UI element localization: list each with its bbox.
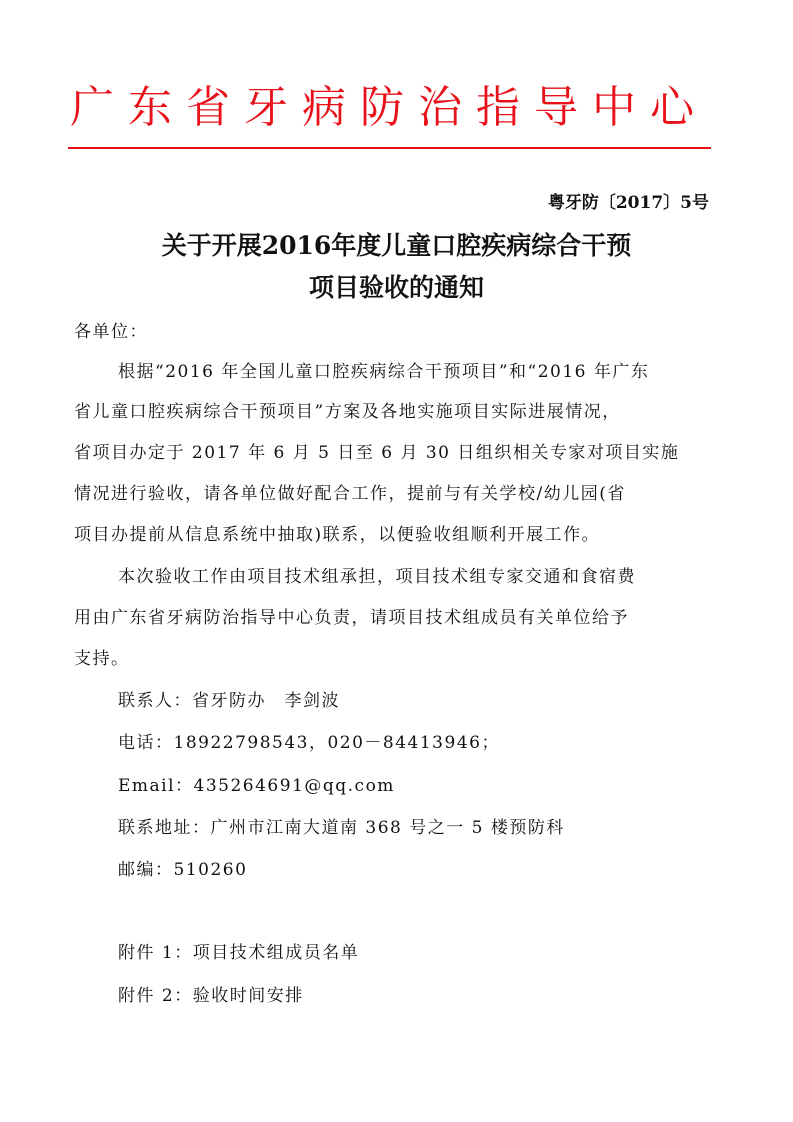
paragraph-line: 支持。 [74,644,130,669]
paragraph-line: 省儿童口腔疾病综合干预项目”方案及各地实施项目实际进展情况， [74,397,621,422]
contact-person: 联系人：省牙防办 李剑波 [118,686,340,711]
contact-phone: 电话：18922798543，020－84413946； [118,728,500,753]
paragraph-line: 情况进行验收，请各单位做好配合工作，提前与有关学校/幼儿园(省 [74,479,626,504]
document-title-line-1: 关于开展2016年度儿童口腔疾病综合干预 [0,226,793,262]
paragraph-line: 项目办提前从信息系统中抽取)联系，以便验收组顺利开展工作。 [74,520,600,545]
document-number: 粤牙防〔2017〕5号 [548,188,709,213]
document-title-line-2: 项目验收的通知 [0,268,793,304]
red-divider [68,147,711,149]
attachment-item: 附件 2：验收时间安排 [118,981,304,1006]
attachment-item: 附件 1：项目技术组成员名单 [118,938,359,963]
salutation: 各单位： [74,317,148,342]
paragraph-line: 省项目办定于 2017 年 6 月 5 日至 6 月 30 日组织相关专家对项目… [74,438,679,463]
contact-postcode: 邮编：510260 [118,855,247,880]
paragraph-line: 用由广东省牙病防治指导中心负责，请项目技术组成员有关单位给予 [74,603,629,628]
paragraph-line: 根据“2016 年全国儿童口腔疾病综合干预项目”和“2016 年广东 [118,357,649,382]
contact-address: 联系地址：广州市江南大道南 368 号之一 5 楼预防科 [118,813,565,838]
organization-header: 广东省牙病防治指导中心 [70,78,720,138]
paragraph-line: 本次验收工作由项目技术组承担，项目技术组专家交通和食宿费 [118,562,636,587]
contact-email[interactable]: Email：435264691@qq.com [118,771,395,796]
